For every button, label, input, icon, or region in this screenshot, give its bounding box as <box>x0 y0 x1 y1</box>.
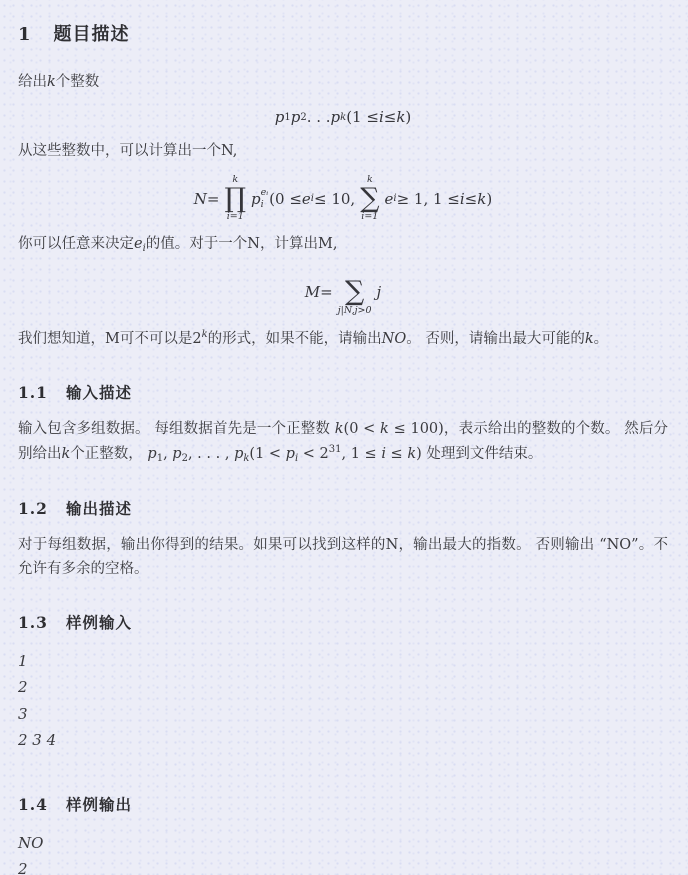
paragraph-choose-ei: 你可以任意来决定ei的值。对于一个N，计算出M, <box>18 233 668 257</box>
section-title: 样例输入 <box>66 613 132 632</box>
section-title: 题目描述 <box>54 24 130 45</box>
paragraph-input-description: 输入包含多组数据。 每组数据首先是一个正整数 k(0 < k ≤ 100)，表示… <box>18 418 668 467</box>
section-number: 1.4 <box>18 795 48 814</box>
section-heading-sample-output: 1.4样例输出 <box>18 793 668 815</box>
paragraph-output-description: 对于每组数据，输出你得到的结果。如果可以找到这样的N，输出最大的指数。 否则输出… <box>18 534 668 581</box>
section-heading-output-description: 1.2输出描述 <box>18 497 668 519</box>
formula-p-sequence: p1p2 . . . pk(1 ≤ i ≤ k) <box>18 102 668 132</box>
sample-input-line: 1 <box>18 648 668 674</box>
product-operator: k∏i=1 <box>225 174 247 223</box>
sample-output-line: 2 <box>18 856 668 875</box>
section-number: 1.2 <box>18 499 48 518</box>
section-title: 样例输出 <box>66 795 132 814</box>
section-title: 输入描述 <box>66 383 132 402</box>
sample-input-line: 2 3 4 <box>18 727 668 753</box>
math-sub-sup: eᵢi <box>261 188 269 210</box>
sample-input-line: 3 <box>18 701 668 727</box>
paragraph-question: 我们想知道，M可不可以是2k的形式，如果不能，请输出NO。 否则，请输出最大可能… <box>18 327 668 351</box>
sample-input-block: 1 2 3 2 3 4 <box>18 648 668 753</box>
section-number: 1 <box>18 24 32 45</box>
document-page: 1题目描述 给出k个整数 p1p2 . . . pk(1 ≤ i ≤ k) 从这… <box>0 0 688 875</box>
paragraph-compute-n: 从这些整数中，可以计算出一个N, <box>18 140 668 163</box>
section-heading-sample-input: 1.3样例输入 <box>18 611 668 633</box>
sample-output-block: NO 2 <box>18 830 668 875</box>
section-number: 1.1 <box>18 383 48 402</box>
formula-n-product: N = k∏i=1peᵢi(0 ≤ ei ≤ 10, k∑i=1ei ≥ 1, … <box>18 174 668 223</box>
section-number: 1.3 <box>18 613 48 632</box>
sum-operator: ∑j|N,j>0 <box>338 268 372 317</box>
sample-input-line: 2 <box>18 674 668 700</box>
section-heading-problem: 1题目描述 <box>18 20 668 46</box>
section-heading-input-description: 1.1输入描述 <box>18 381 668 403</box>
paragraph-given-k-integers: 给出k个整数 <box>18 71 668 94</box>
sum-operator: k∑i=1 <box>360 174 379 223</box>
sample-output-line: NO <box>18 830 668 856</box>
formula-m-sum: M = ∑j|N,j>0j <box>18 268 668 317</box>
section-title: 输出描述 <box>66 499 132 518</box>
